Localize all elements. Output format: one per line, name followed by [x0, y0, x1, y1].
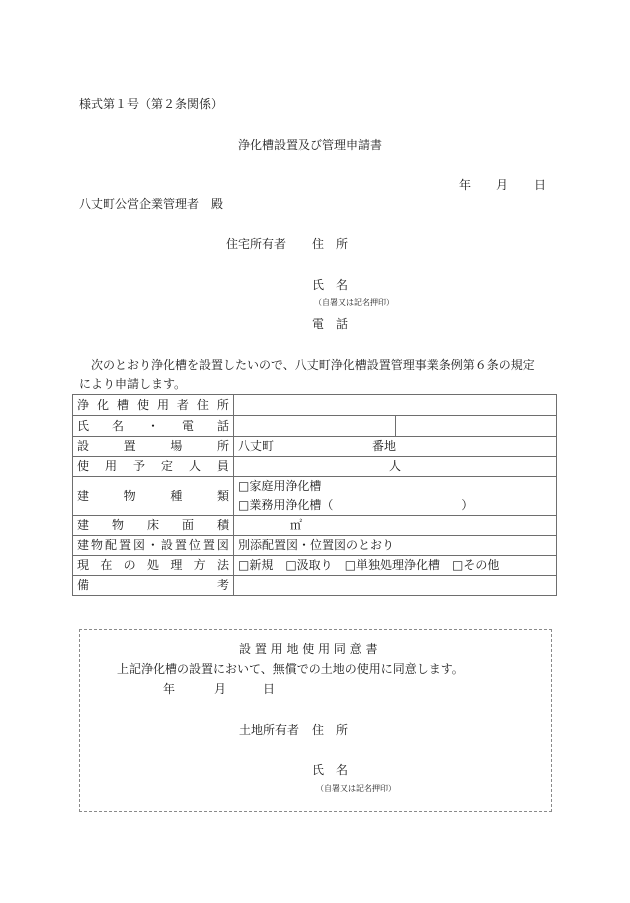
label-floor-area: 建物床面積	[77, 516, 229, 535]
applicant-address-label: 住 所	[312, 238, 348, 250]
checkbox-pumping[interactable]: □汲取り	[285, 556, 332, 575]
table-row-user-address: 浄化槽使用者住所	[73, 395, 557, 416]
applicant-role: 住宅所有者	[226, 238, 286, 250]
checkbox-business-tank[interactable]: □業務用浄化槽（）	[238, 496, 552, 515]
applicant-phone-label: 電 話	[312, 318, 348, 330]
layout-drawing-value: 別添配置図・位置図のとおり	[234, 536, 557, 556]
label-current-treatment: 現在の処理方法	[77, 556, 229, 575]
table-row-layout-drawing: 建物配置図・設置位置図 別添配置図・位置図のとおり	[73, 536, 557, 556]
date-month: 月	[496, 179, 508, 191]
install-location-field[interactable]: 八丈町番地	[234, 437, 557, 457]
table-row-name-phone: 氏名・電話	[73, 416, 557, 437]
label-planned-users: 使用予定人員	[77, 457, 229, 476]
consent-date-month: 月	[214, 683, 226, 695]
consent-date-day: 日	[263, 683, 275, 695]
location-prefix: 八丈町	[238, 439, 274, 453]
consent-statement: 上記浄化槽の設置において、無償での土地の使用に同意します。	[117, 663, 464, 675]
square-meter-unit: ㎡	[290, 518, 302, 532]
document-title: 浄化槽設置及び管理申請書	[238, 139, 382, 151]
checkbox-other[interactable]: □その他	[452, 556, 499, 575]
date-year: 年	[459, 179, 471, 191]
checkbox-single-treatment-tank[interactable]: □単独処理浄化槽	[345, 556, 440, 575]
label-layout-drawing: 建物配置図・設置位置図	[77, 536, 229, 555]
checkbox-new[interactable]: □新規	[238, 556, 273, 575]
applicant-name-label: 氏 名	[312, 279, 348, 291]
table-row-remarks: 備考	[73, 576, 557, 596]
land-owner-address-label: 住 所	[312, 724, 348, 736]
form-number: 様式第１号（第２条関係）	[79, 98, 223, 110]
label-user-address: 浄化槽使用者住所	[77, 395, 229, 415]
remarks-field[interactable]	[234, 576, 557, 596]
land-owner-name-label: 氏 名	[312, 764, 348, 776]
consent-date-year: 年	[163, 683, 175, 695]
label-building-type: 建物種類	[77, 487, 229, 506]
planned-users-field[interactable]: 人	[234, 457, 557, 477]
table-row-planned-users: 使用予定人員 人	[73, 457, 557, 477]
label-remarks: 備考	[77, 576, 229, 595]
addressee: 八丈町公営企業管理者 殿	[79, 198, 223, 210]
user-phone-field[interactable]	[396, 416, 557, 437]
table-row-install-location: 設置場所 八丈町番地	[73, 437, 557, 457]
persons-unit: 人	[389, 459, 401, 473]
land-owner-label: 土地所有者	[239, 724, 299, 736]
building-type-field: □家庭用浄化槽 □業務用浄化槽（）	[234, 477, 557, 516]
checkbox-household-tank[interactable]: □家庭用浄化槽	[238, 477, 552, 496]
table-row-floor-area: 建物床面積 ㎡	[73, 516, 557, 536]
intro-line-2: により申請します。	[79, 378, 186, 390]
application-table: 浄化槽使用者住所 氏名・電話 設置場所 八丈町番地 使用予定人員	[72, 394, 557, 596]
consent-title: 設 置 用 地 使 用 同 意 書	[239, 643, 378, 655]
label-name-phone: 氏名・電話	[77, 416, 229, 436]
current-treatment-field: □新規□汲取り□単独処理浄化槽□その他	[234, 556, 557, 576]
date-day: 日	[534, 179, 546, 191]
table-row-current-treatment: 現在の処理方法 □新規□汲取り□単独処理浄化槽□その他	[73, 556, 557, 576]
applicant-signature-note: （自署又は記名押印）	[314, 299, 394, 307]
intro-line-1: 次のとおり浄化槽を設置したいので、八丈町浄化槽設置管理事業条例第６条の規定	[91, 359, 535, 371]
user-name-field[interactable]	[234, 416, 396, 437]
land-owner-signature-note: （自署又は記名押印）	[316, 785, 396, 793]
user-address-field[interactable]	[234, 395, 557, 416]
location-suffix: 番地	[372, 439, 396, 453]
floor-area-field[interactable]: ㎡	[234, 516, 557, 536]
label-install-location: 設置場所	[77, 437, 229, 456]
table-row-building-type: 建物種類 □家庭用浄化槽 □業務用浄化槽（）	[73, 477, 557, 516]
